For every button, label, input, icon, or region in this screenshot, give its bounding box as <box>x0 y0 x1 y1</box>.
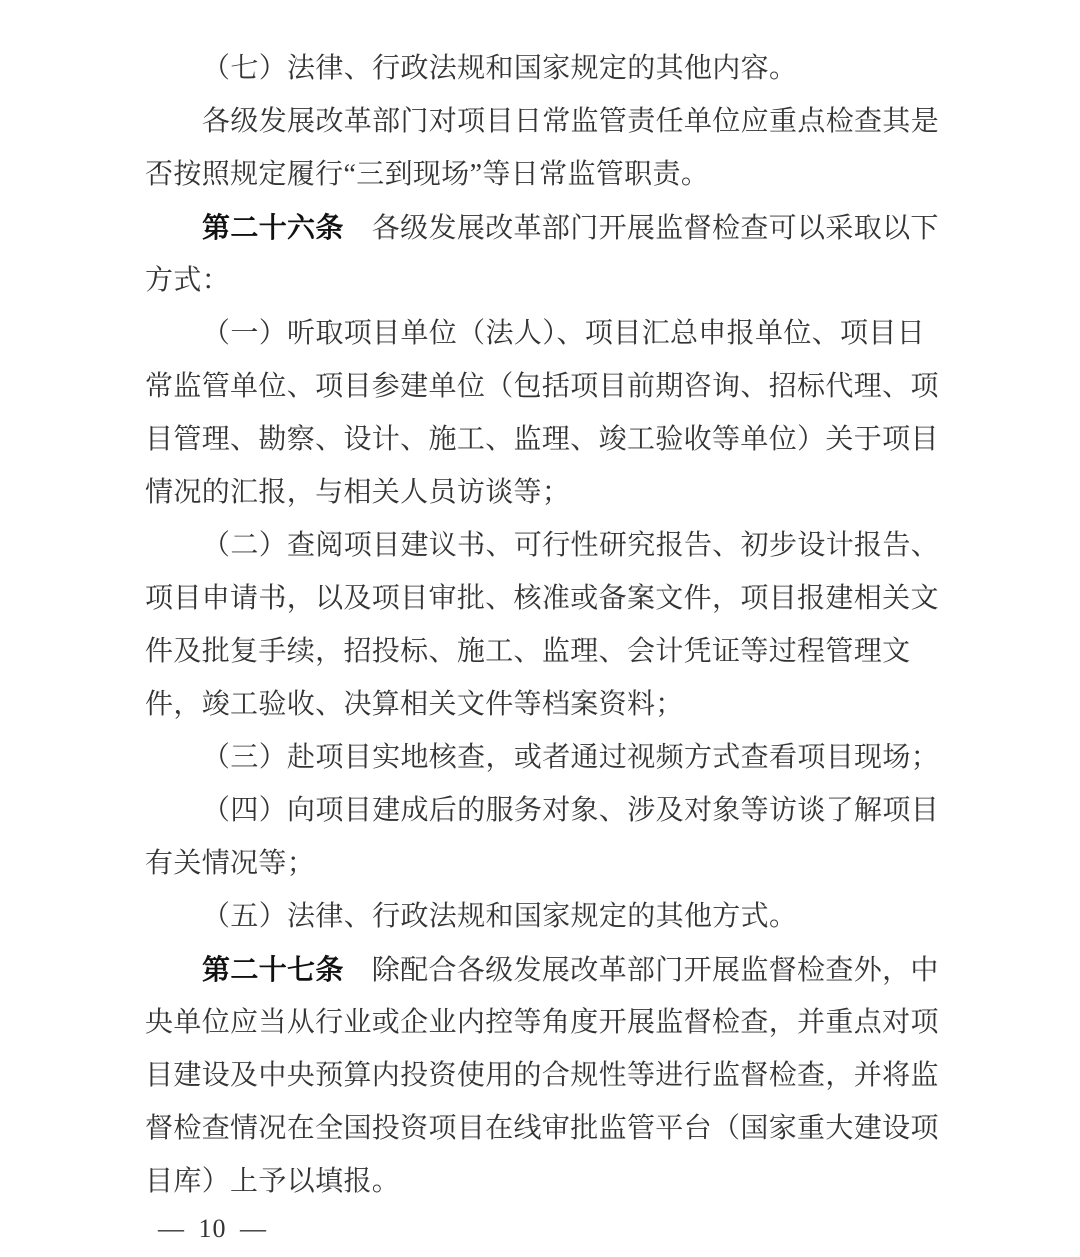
text-line: （七）法律、行政法规和国家规定的其他内容。 <box>145 42 945 95</box>
text-line: 有关情况等； <box>145 837 945 890</box>
line-text: 目建设及中央预算内投资使用的合规性等进行监督检查，并将监 <box>145 1060 939 1091</box>
line-text: （一）听取项目单位（法人）、项目汇总申报单位、项目日 <box>202 318 925 349</box>
line-text: 方式： <box>145 265 230 296</box>
text-block: （七）法律、行政法规和国家规定的其他内容。各级发展改革部门对项目日常监管责任单位… <box>145 42 945 1208</box>
text-line: 否按照规定履行“三到现场”等日常监管职责。 <box>145 148 945 201</box>
article-number: 第二十六条 <box>202 212 344 243</box>
text-line: 督检查情况在全国投资项目在线审批监管平台（国家重大建设项 <box>145 1102 945 1155</box>
line-text: 有关情况等； <box>145 848 315 879</box>
text-line: （四）向项目建成后的服务对象、涉及对象等访谈了解项目 <box>145 784 945 837</box>
line-text: 情况的汇报，与相关人员访谈等； <box>145 477 570 508</box>
text-line: 各级发展改革部门对项目日常监管责任单位应重点检查其是 <box>145 95 945 148</box>
line-text: （四）向项目建成后的服务对象、涉及对象等访谈了解项目 <box>202 795 939 826</box>
line-text: 各级发展改革部门对项目日常监管责任单位应重点检查其是 <box>202 106 939 137</box>
text-line: 件及批复手续，招投标、施工、监理、会计凭证等过程管理文 <box>145 625 945 678</box>
text-line: 情况的汇报，与相关人员访谈等； <box>145 466 945 519</box>
line-text: 除配合各级发展改革部门开展监督检查外，中 <box>372 955 939 986</box>
text-line: 件，竣工验收、决算相关文件等档案资料； <box>145 678 945 731</box>
text-line: 第二十七条除配合各级发展改革部门开展监督检查外，中 <box>145 943 945 996</box>
text-line: 常监管单位、项目参建单位（包括项目前期咨询、招标代理、项 <box>145 360 945 413</box>
document-page: （七）法律、行政法规和国家规定的其他内容。各级发展改革部门对项目日常监管责任单位… <box>0 0 1080 1257</box>
line-text: 目管理、勘察、设计、施工、监理、竣工验收等单位）关于项目 <box>145 424 939 455</box>
text-line: 项目申请书，以及项目审批、核准或备案文件，项目报建相关文 <box>145 572 945 625</box>
line-text: （五）法律、行政法规和国家规定的其他方式。 <box>202 901 797 932</box>
line-text: 目库）上予以填报。 <box>145 1166 400 1197</box>
text-line: （三）赴项目实地核查，或者通过视频方式查看项目现场； <box>145 731 945 784</box>
text-line: （一）听取项目单位（法人）、项目汇总申报单位、项目日 <box>145 307 945 360</box>
line-text: 件，竣工验收、决算相关文件等档案资料； <box>145 689 684 720</box>
text-line: （二）查阅项目建议书、可行性研究报告、初步设计报告、 <box>145 519 945 572</box>
text-line: （五）法律、行政法规和国家规定的其他方式。 <box>145 890 945 943</box>
text-line: 目建设及中央预算内投资使用的合规性等进行监督检查，并将监 <box>145 1049 945 1102</box>
line-text: （三）赴项目实地核查，或者通过视频方式查看项目现场； <box>202 742 939 773</box>
line-text: 项目申请书，以及项目审批、核准或备案文件，项目报建相关文 <box>145 583 939 614</box>
line-text: （七）法律、行政法规和国家规定的其他内容。 <box>202 53 797 84</box>
text-line: 央单位应当从行业或企业内控等角度开展监督检查，并重点对项 <box>145 996 945 1049</box>
line-text: 各级发展改革部门开展监督检查可以采取以下 <box>372 213 939 244</box>
line-text: 督检查情况在全国投资项目在线审批监管平台（国家重大建设项 <box>145 1113 939 1144</box>
article-number: 第二十七条 <box>202 954 344 985</box>
line-text: 常监管单位、项目参建单位（包括项目前期咨询、招标代理、项 <box>145 371 939 402</box>
page-number-footer: — 10 — <box>158 1212 267 1252</box>
line-text: 件及批复手续，招投标、施工、监理、会计凭证等过程管理文 <box>145 636 910 667</box>
text-line: 方式： <box>145 254 945 307</box>
line-text: 央单位应当从行业或企业内控等角度开展监督检查，并重点对项 <box>145 1007 939 1038</box>
text-line: 目管理、勘察、设计、施工、监理、竣工验收等单位）关于项目 <box>145 413 945 466</box>
text-line: 目库）上予以填报。 <box>145 1155 945 1208</box>
line-text: （二）查阅项目建议书、可行性研究报告、初步设计报告、 <box>202 530 939 561</box>
line-text: 否按照规定履行“三到现场”等日常监管职责。 <box>145 159 709 190</box>
text-line: 第二十六条各级发展改革部门开展监督检查可以采取以下 <box>145 201 945 254</box>
